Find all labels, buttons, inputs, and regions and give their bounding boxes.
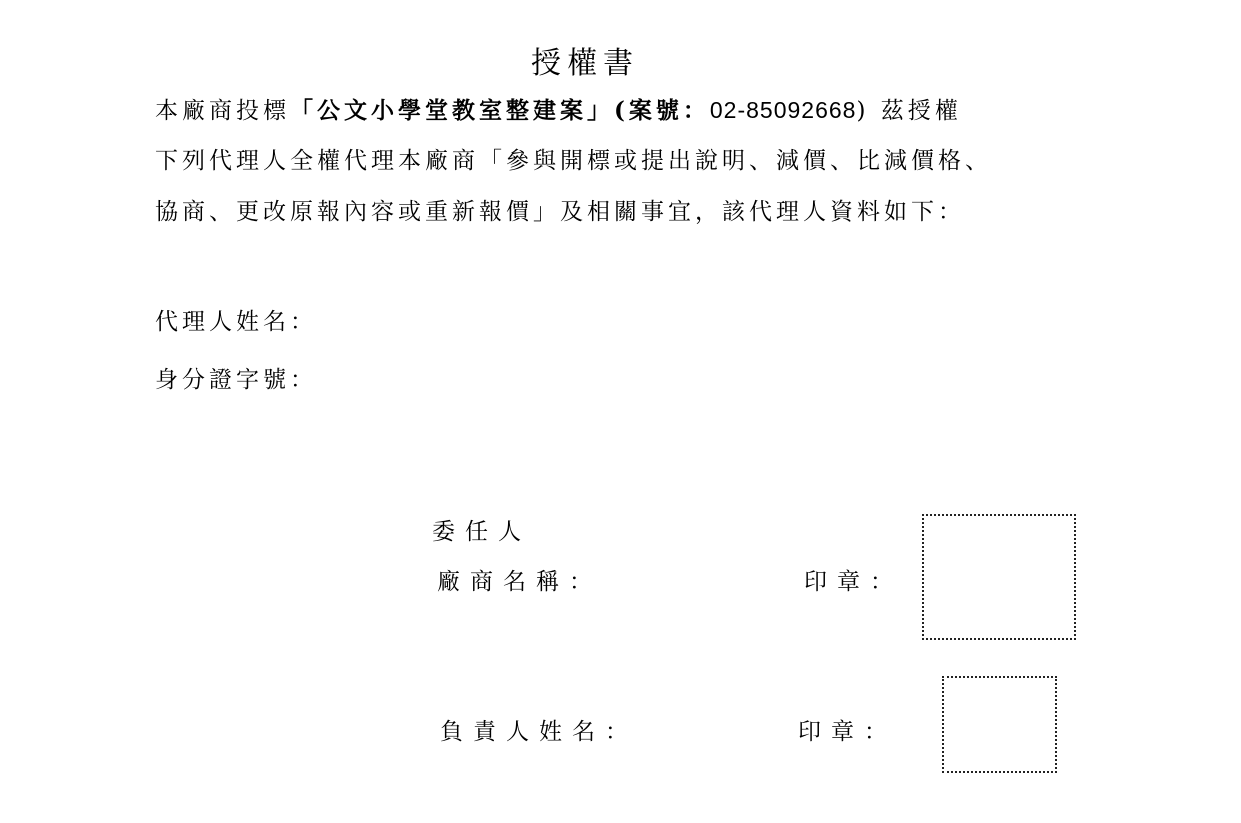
company-seal-label: 印章： [804,563,903,596]
case-number: 02-85092668 [710,97,857,123]
paragraph-line-3: 協商、更改原報內容或重新報價」及相關事宜，該代理人資料如下： [155,197,965,227]
document-title: 授權書 [0,38,1170,82]
representative-name-label: 負責人姓名： [440,713,638,746]
company-name-label: 廠商名稱： [437,563,602,596]
agent-id-label: 身分證字號： [155,361,317,394]
project-name: 「公文小學堂教室整建案」 [290,97,614,124]
representative-seal-label: 印章： [798,713,897,746]
paragraph-line-2: 下列代理人全權代理本廠商「參與開標或提出說明、減價、比減價格、 [155,146,992,176]
line1-suffix: 茲授權 [881,98,962,124]
line1-prefix: 本廠商投標 [155,98,290,124]
representative-seal-box [942,676,1057,773]
paragraph-line-1: 本廠商投標「公文小學堂教室整建案」(案號：02-85092668) 茲授權 [155,95,962,126]
principal-heading: 委任人 [432,513,531,546]
case-close: ) [856,98,869,124]
agent-name-label: 代理人姓名： [155,303,317,336]
company-seal-box [922,514,1076,640]
case-label: (案號： [614,97,710,124]
